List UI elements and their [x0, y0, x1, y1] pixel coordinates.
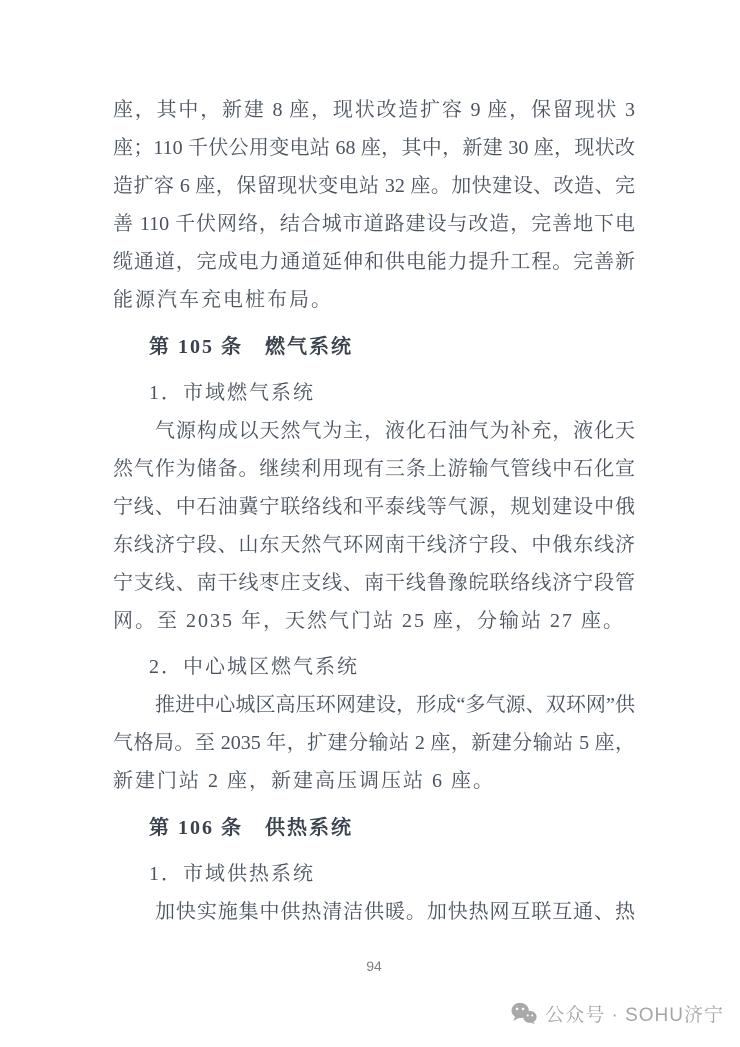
- text-line: 网。至 2035 年，天然气门站 25 座，分输站 27 座。: [113, 602, 635, 640]
- text-line: 善 110 千伏网络，结合城市道路建设与改造，完善地下电: [113, 205, 635, 243]
- text-line: 能源汽车充电桩布局。: [113, 281, 635, 319]
- wechat-icon: [510, 1002, 537, 1025]
- text-line: 加快实施集中供热清洁供暖。加快热网互联互通、热: [113, 893, 635, 931]
- list-subheading: 1．市域燃气系统: [113, 374, 635, 412]
- text-line: 造扩容 6 座，保留现状变电站 32 座。加快建设、改造、完: [113, 167, 635, 205]
- list-subheading: 2．中心城区燃气系统: [113, 648, 635, 686]
- text-line: 座，其中，新建 8 座，现状改造扩容 9 座，保留现状 3: [113, 91, 635, 129]
- watermark-text: 公众号 · SOHU济宁: [545, 1000, 724, 1027]
- page-number: 94: [113, 958, 635, 974]
- text-line: 座；110 千伏公用变电站 68 座，其中，新建 30 座，现状改: [113, 129, 635, 167]
- section-heading: 第 105 条 燃气系统: [113, 328, 635, 366]
- text-line: 缆通道，完成电力通道延伸和供电能力提升工程。完善新: [113, 243, 635, 281]
- document-page: 座，其中，新建 8 座，现状改造扩容 9 座，保留现状 3座；110 千伏公用变…: [0, 0, 740, 1047]
- list-subheading: 1．市域供热系统: [113, 855, 635, 893]
- text-line: 宁线、中石油冀宁联络线和平泰线等气源，规划建设中俄: [113, 488, 635, 526]
- watermark-footer: 公众号 · SOHU济宁: [510, 1000, 724, 1027]
- text-line: 东线济宁段、山东天然气环网南干线济宁段、中俄东线济: [113, 526, 635, 564]
- text-line: 宁支线、南干线枣庄支线、南干线鲁豫皖联络线济宁段管: [113, 564, 635, 602]
- document-body: 座，其中，新建 8 座，现状改造扩容 9 座，保留现状 3座；110 千伏公用变…: [113, 91, 635, 931]
- text-line: 气格局。至 2035 年，扩建分输站 2 座，新建分输站 5 座，: [113, 724, 635, 762]
- section-heading: 第 106 条 供热系统: [113, 809, 635, 847]
- text-line: 然气作为储备。继续利用现有三条上游输气管线中石化宣: [113, 450, 635, 488]
- text-line: 气源构成以天然气为主，液化石油气为补充，液化天: [113, 412, 635, 450]
- text-line: 新建门站 2 座，新建高压调压站 6 座。: [113, 762, 635, 800]
- text-line: 推进中心城区高压环网建设，形成“多气源、双环网”供: [113, 686, 635, 724]
